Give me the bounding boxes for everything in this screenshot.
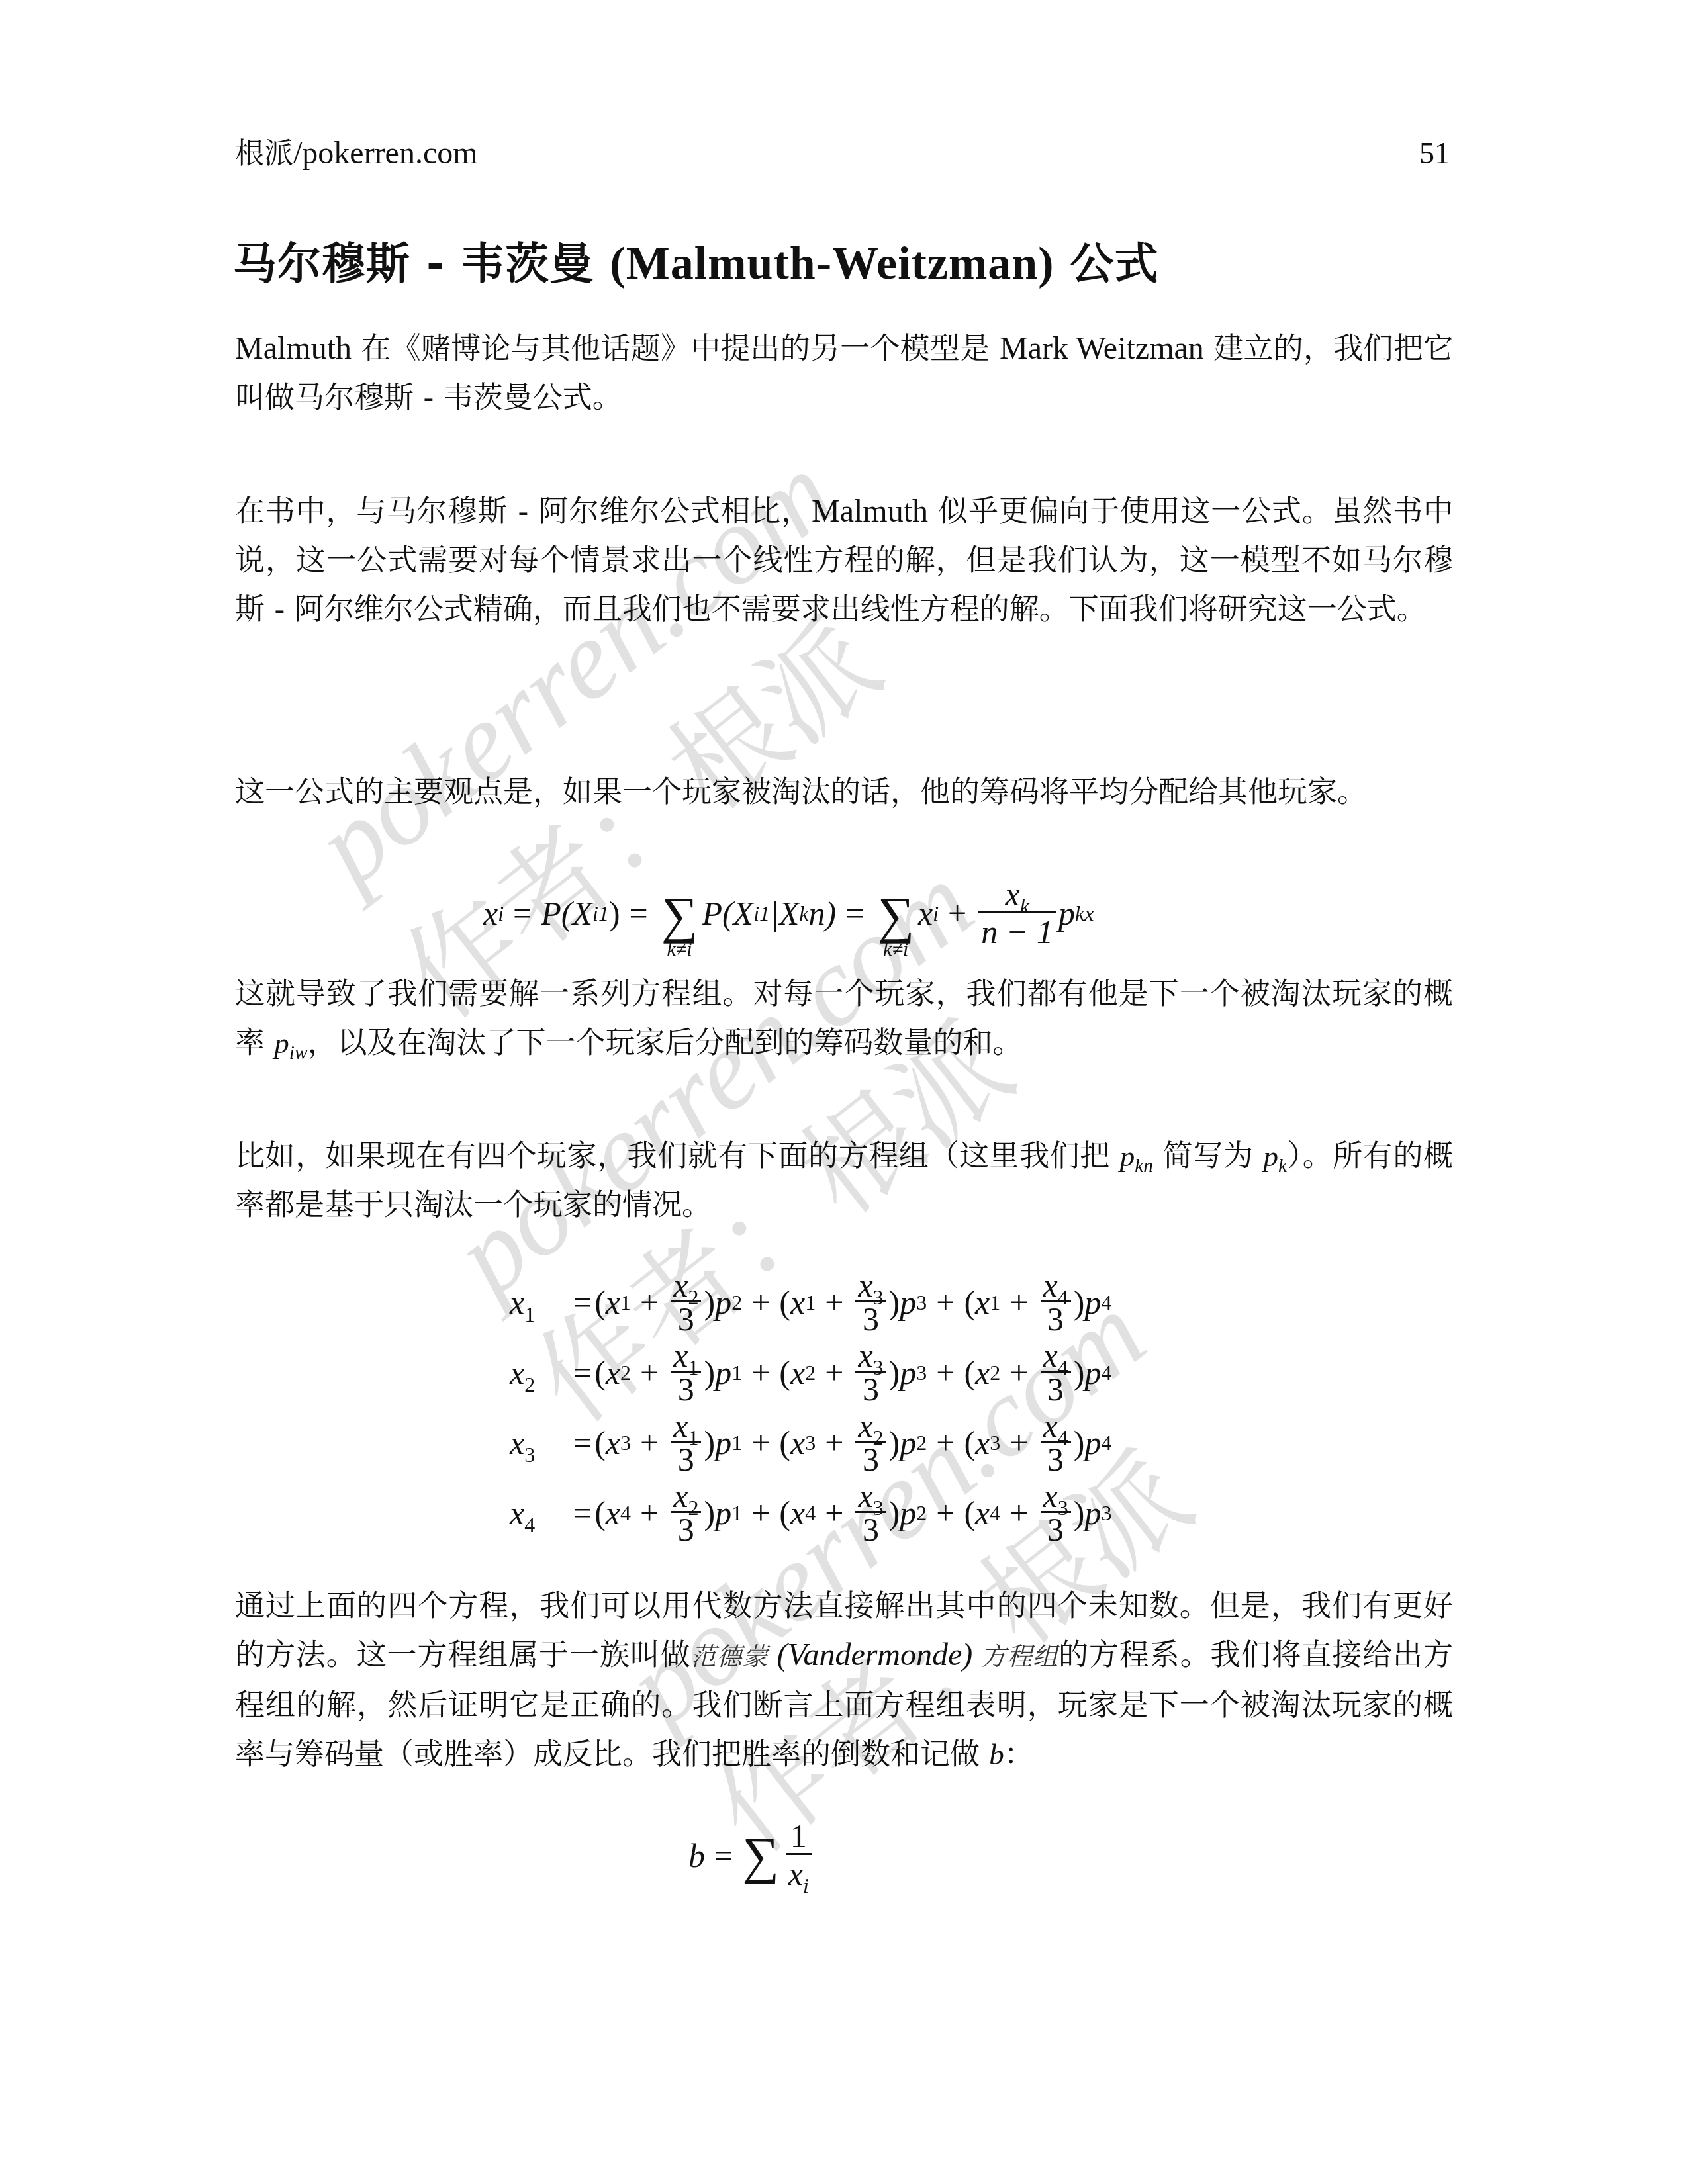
math-term: |X: [770, 894, 799, 933]
math-sub: 1: [524, 1302, 535, 1326]
equation-system: x1= (x1+ x23)p2 +(x1+ x33)p3 +(x1+ x43)p…: [510, 1267, 1111, 1548]
math-op: =: [513, 894, 532, 933]
math-term: 3: [860, 1373, 882, 1406]
fraction: x43: [1041, 1340, 1071, 1406]
fraction: x43: [1041, 1410, 1071, 1476]
math-sub: i1: [753, 901, 770, 925]
math-sub: i: [933, 901, 939, 925]
equation-main: xi = P(Xi1) = ∑k≠i P(Xi1|Xkn) = ∑k≠i xi …: [483, 866, 1094, 961]
fraction: xk n − 1: [978, 877, 1056, 950]
math-term: 3: [860, 1443, 882, 1476]
document-page: pokerren.com 作者：根派 pokerren.com 作者：根派 po…: [0, 0, 1688, 2184]
fraction: x23: [671, 1480, 701, 1546]
fraction: x43: [1041, 1270, 1071, 1336]
math-term: P(X: [541, 894, 592, 933]
math-term: 3: [675, 1513, 697, 1546]
text: Mark Weitzman: [1000, 331, 1204, 366]
equation-row: x3= (x3+ x13)p1 +(x3+ x23)p2 +(x3+ x43)p…: [510, 1408, 1111, 1478]
math-term: n − 1: [981, 913, 1053, 950]
math-term: x: [1005, 876, 1019, 913]
text: ：: [1004, 1737, 1034, 1772]
term-italic: (Vandermonde): [776, 1637, 972, 1672]
math-term: 3: [1045, 1443, 1066, 1476]
fraction: x33: [1041, 1480, 1071, 1546]
fraction: x23: [855, 1410, 886, 1476]
paragraph-system-intro: 这就导致了我们需要解一系列方程组。对每一个玩家，我们都有他是下一个被淘汰玩家的概…: [235, 970, 1453, 1068]
math-term: 3: [860, 1302, 882, 1336]
math-var: x: [483, 894, 498, 933]
math-inline: pk: [1264, 1140, 1287, 1173]
site-name: 根派/pokerren.com: [235, 130, 478, 172]
text: 这一公式的主要观点是，如果一个玩家被淘汰的话，他的筹码将平均分配给其他玩家。: [235, 774, 1367, 809]
text: Malmuth: [812, 494, 928, 529]
math-op: =: [714, 1837, 733, 1875]
math-var: b: [688, 1837, 705, 1875]
math-term: 3: [675, 1373, 697, 1406]
math-term: 3: [1045, 1513, 1066, 1546]
math-sub: 4: [524, 1513, 535, 1537]
math-sub: kx: [1075, 901, 1094, 925]
math-sub: i1: [592, 901, 609, 925]
math-inline: pkn: [1120, 1140, 1153, 1173]
math-var: b: [989, 1738, 1004, 1771]
math-op: =: [630, 894, 648, 933]
text: 在《赌博论与其他话题》中提出的另一个模型是: [352, 331, 1000, 366]
summation: ∑k≠i: [877, 892, 914, 961]
math-sub: 3: [524, 1443, 535, 1467]
fraction: x33: [855, 1270, 886, 1336]
math-var: p: [1264, 1140, 1279, 1173]
text: 比如，如果现在有四个玩家，我们就有下面的方程组（这里我们把: [235, 1138, 1120, 1173]
page-number: 51: [1419, 136, 1450, 171]
math-inline: piw: [274, 1026, 307, 1060]
term-italic: 范德蒙: [691, 1642, 777, 1671]
equation-row: x1= (x1+ x23)p2 +(x1+ x33)p3 +(x1+ x43)p…: [510, 1267, 1111, 1338]
fraction: x13: [671, 1410, 701, 1476]
math-term: x: [788, 1855, 803, 1892]
paragraph-intro: Malmuth 在《赌博论与其他话题》中提出的另一个模型是 Mark Weitz…: [235, 324, 1453, 422]
paragraph-comparison: 在书中，与马尔穆斯 - 阿尔维尔公式相比，Malmuth 似乎更偏向于使用这一公…: [235, 487, 1453, 634]
site-name-url: /pokerren.com: [293, 136, 478, 171]
math-sub: 2: [524, 1373, 535, 1396]
math-term: ): [609, 894, 620, 933]
text: ，以及在淘汰了下一个玩家后分配到的筹码数量的和。: [307, 1025, 1022, 1060]
math-term: 3: [675, 1443, 697, 1476]
math-var: p: [274, 1026, 289, 1060]
title-part: 马尔穆斯 - 韦茨曼: [233, 238, 610, 289]
math-term: 3: [675, 1302, 697, 1336]
math-sub: kn: [1135, 1156, 1153, 1177]
fraction: x23: [671, 1270, 701, 1336]
math-sub: k: [799, 901, 808, 925]
section-title: 马尔穆斯 - 韦茨曼 (Malmuth-Weitzman) 公式: [233, 228, 1159, 291]
equation-b: b = ∑ 1 xi: [688, 1819, 814, 1892]
math-op: +: [948, 894, 966, 933]
math-sub: iw: [289, 1042, 308, 1064]
sigma-symbol: ∑: [742, 1833, 779, 1879]
site-name-cjk: 根派: [235, 137, 293, 171]
math-term: 3: [1045, 1302, 1066, 1336]
text: Malmuth: [235, 331, 352, 366]
fraction: x33: [855, 1480, 886, 1546]
math-sub: i: [498, 901, 504, 925]
equation-row: x4= (x4+ x23)p1 +(x4+ x33)p2 +(x4+ x33)p…: [510, 1478, 1111, 1548]
fraction: x13: [671, 1340, 701, 1406]
math-term: 3: [860, 1513, 882, 1546]
title-latin: (Malmuth-Weitzman): [610, 238, 1054, 289]
math-term: P(X: [702, 894, 753, 933]
paragraph-main-idea: 这一公式的主要观点是，如果一个玩家被淘汰的话，他的筹码将平均分配给其他玩家。: [235, 768, 1453, 817]
math-sub: i: [803, 1874, 809, 1897]
text: 简写为: [1153, 1138, 1264, 1173]
equation-row: x2= (x2+ x13)p1 +(x2+ x33)p3 +(x2+ x43)p…: [510, 1338, 1111, 1408]
sum-limit: k≠i: [883, 938, 908, 961]
term-italic: 方程组: [972, 1642, 1058, 1671]
title-part: 公式: [1055, 238, 1159, 289]
math-term: p: [1058, 894, 1075, 933]
fraction: 1 xi: [786, 1819, 812, 1892]
math-term: n): [809, 894, 837, 933]
fraction: x33: [855, 1340, 886, 1406]
math-var: p: [1120, 1140, 1135, 1173]
running-head: 根派/pokerren.com 51: [235, 130, 1450, 172]
math-term: x: [918, 894, 933, 933]
math-term: 3: [1045, 1373, 1066, 1406]
text: 在书中，与马尔穆斯 - 阿尔维尔公式相比，: [235, 494, 812, 529]
math-op: =: [845, 894, 864, 933]
paragraph-four-players: 比如，如果现在有四个玩家，我们就有下面的方程组（这里我们把 pkn 简写为 pk…: [235, 1132, 1453, 1230]
sum-limit: k≠i: [667, 938, 692, 961]
math-term: 1: [788, 1819, 810, 1853]
math-sub: k: [1278, 1156, 1287, 1177]
summation: ∑k≠i: [661, 892, 698, 961]
paragraph-vandermonde: 通过上面的四个方程，我们可以用代数方法直接解出其中的四个未知数。但是，我们有更好…: [235, 1582, 1453, 1779]
